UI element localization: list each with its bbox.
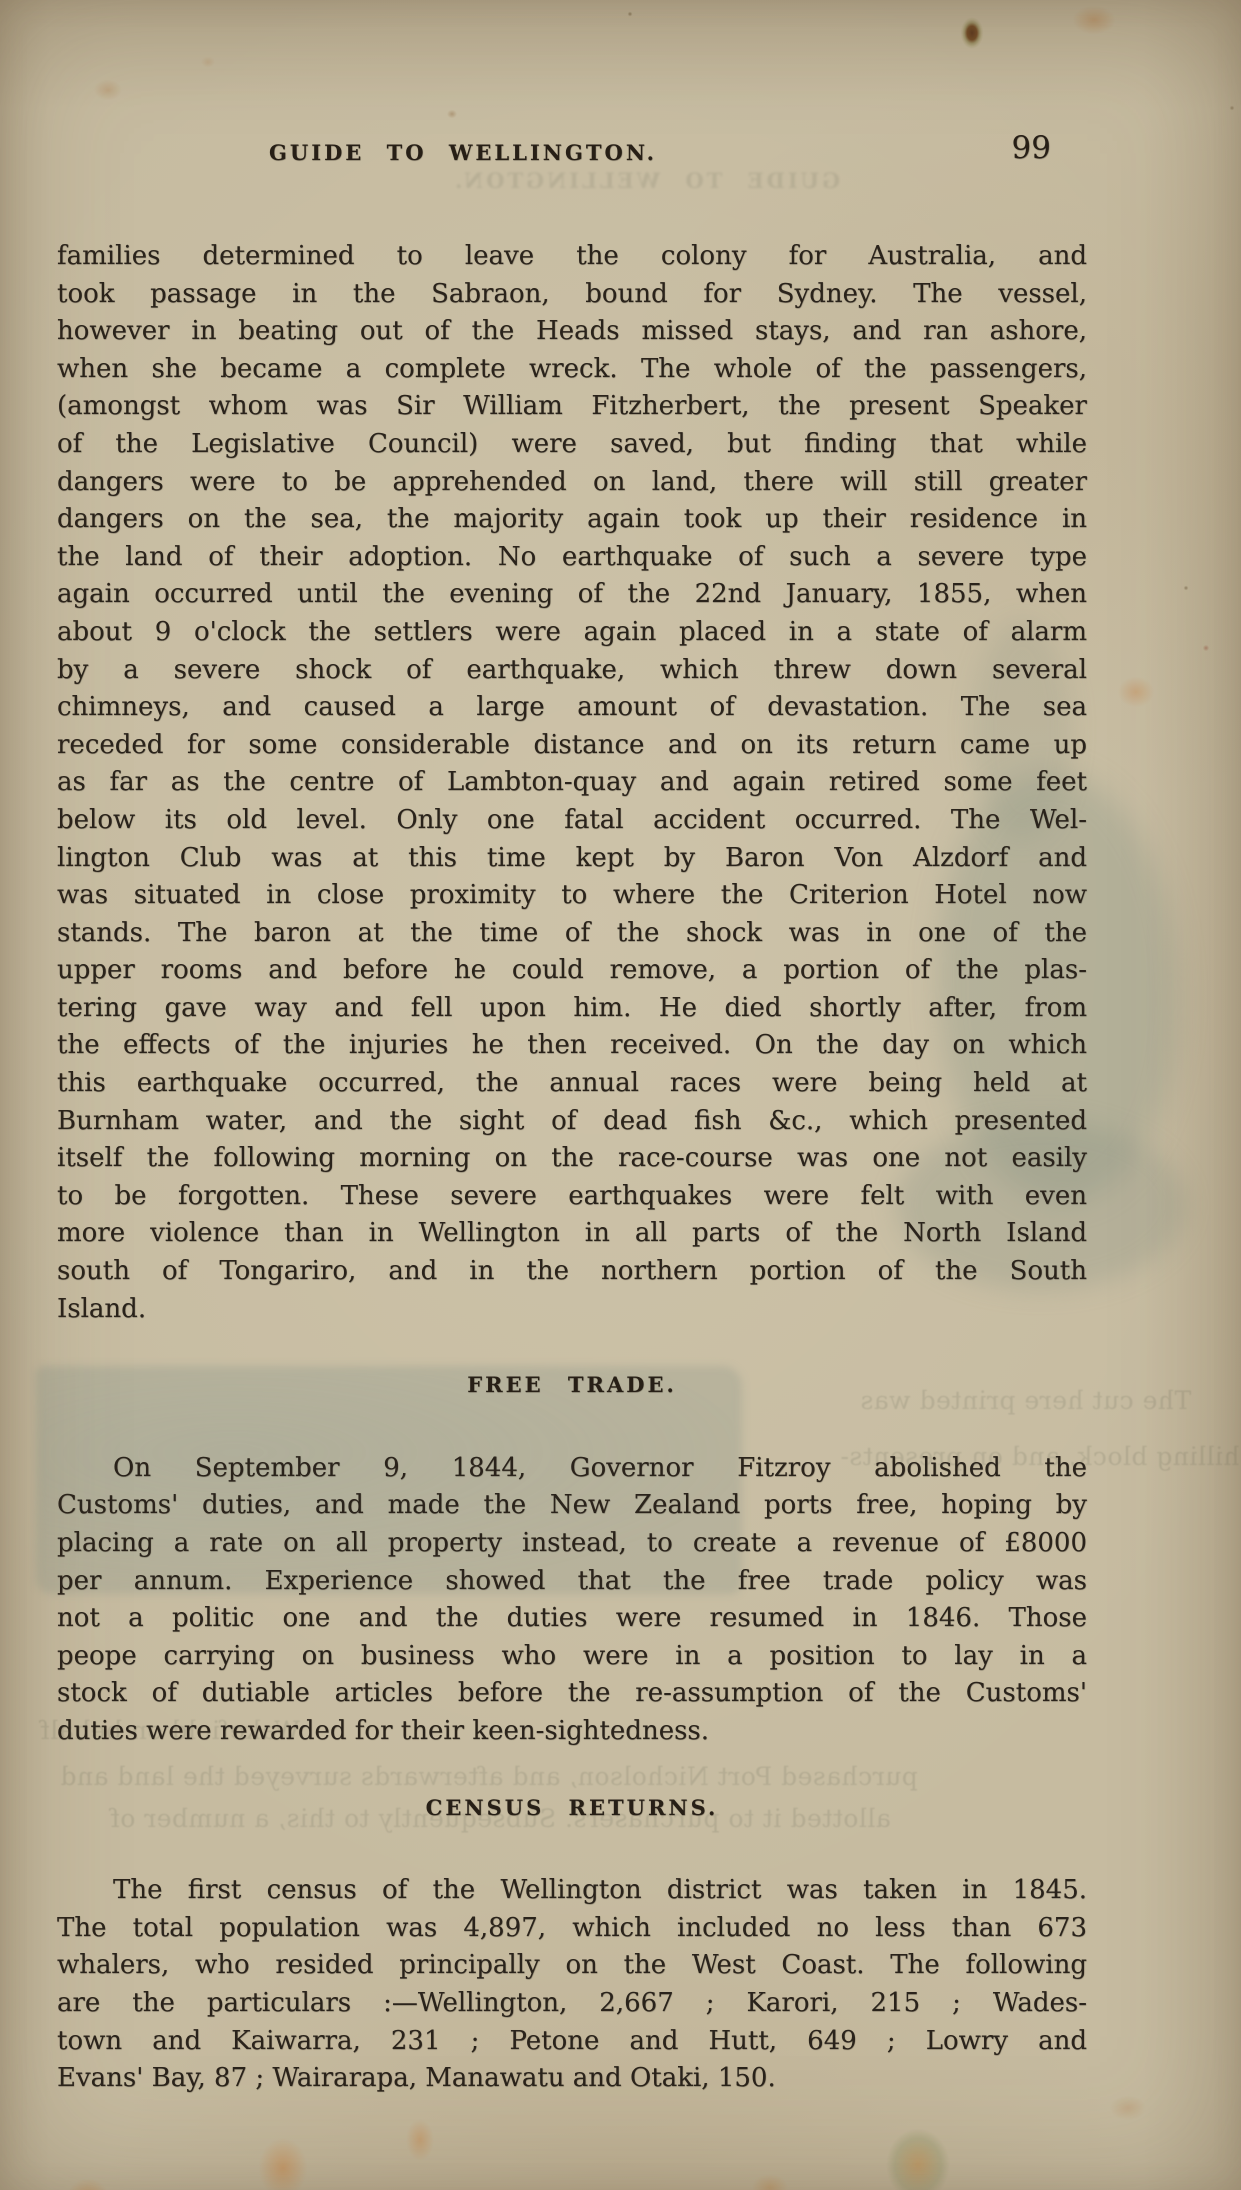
text-line: upper rooms and before he could remove, … <box>57 952 1087 990</box>
text-line: Evans' Bay, 87 ; Wairarapa, Manawatu and… <box>57 2060 1087 2098</box>
text-line: south of Tongariro, and in the northern … <box>57 1253 1087 1291</box>
text-line: Island. <box>57 1291 1087 1329</box>
text-line: stands. The baron at the time of the sho… <box>57 915 1087 953</box>
running-header: GUIDE TO WELLINGTON. 99 <box>57 0 1087 174</box>
paragraph: families determined to leave the colony … <box>57 238 1087 1328</box>
text-line: by a severe shock of earthquake, which t… <box>57 652 1087 690</box>
text-line: took passage in the Sabraon, bound for S… <box>57 276 1087 314</box>
section-heading-free-trade: FREE TRADE. <box>57 1366 1087 1404</box>
running-title: GUIDE TO WELLINGTON. <box>269 140 657 165</box>
text-line: chimneys, and caused a large amount of d… <box>57 689 1087 727</box>
text-line: stock of dutiable articles before the re… <box>57 1675 1087 1713</box>
text-line: the effects of the injuries he then rece… <box>57 1027 1087 1065</box>
paragraph: On September 9, 1844, Governor Fitzroy a… <box>57 1450 1087 1751</box>
text-line: lington Club was at this time kept by Ba… <box>57 840 1087 878</box>
text-line: as far as the centre of Lambton-quay and… <box>57 764 1087 802</box>
text-line: The total population was 4,897, which in… <box>57 1910 1087 1948</box>
text-block: GUIDE TO WELLINGTON. 99 families determi… <box>57 0 1087 2098</box>
text-line: Burnham water, and the sight of dead fis… <box>57 1103 1087 1141</box>
text-line: Customs' duties, and made the New Zealan… <box>57 1487 1087 1525</box>
text-line: placing a rate on all property instead, … <box>57 1525 1087 1563</box>
section-heading-census-returns: CENSUS RETURNS. <box>57 1789 1087 1827</box>
text-line: per annum. Experience showed that the fr… <box>57 1563 1087 1601</box>
text-line: receded for some considerable distance a… <box>57 727 1087 765</box>
text-line: of the Legislative Council) were saved, … <box>57 426 1087 464</box>
text-line: this earthquake occurred, the annual rac… <box>57 1065 1087 1103</box>
text-line: tering gave way and fell upon him. He di… <box>57 990 1087 1028</box>
text-line: when she became a complete wreck. The wh… <box>57 351 1087 389</box>
page-number: 99 <box>1012 130 1051 166</box>
text-line: the land of their adoption. No earthquak… <box>57 539 1087 577</box>
text-line: whalers, who resided principally on the … <box>57 1947 1087 1985</box>
text-line: not a politic one and the duties were re… <box>57 1600 1087 1638</box>
text-line: The first census of the Wellington distr… <box>57 1872 1087 1910</box>
paragraph: The first census of the Wellington distr… <box>57 1872 1087 2098</box>
text-line: was situated in close proximity to where… <box>57 877 1087 915</box>
text-line: On September 9, 1844, Governor Fitzroy a… <box>57 1450 1087 1488</box>
text-line: (amongst whom was Sir William Fitzherber… <box>57 388 1087 426</box>
text-line: again occurred until the evening of the … <box>57 576 1087 614</box>
text-line: peope carrying on business who were in a… <box>57 1638 1087 1676</box>
text-line: are the particulars :—Wellington, 2,667 … <box>57 1985 1087 2023</box>
text-line: dangers were to be apprehended on land, … <box>57 464 1087 502</box>
text-line: duties were rewarded for their keen-sigh… <box>57 1713 1087 1751</box>
text-line: to be forgotten. These severe earthquake… <box>57 1178 1087 1216</box>
scanned-book-page: GUIDE TO WELLINGTON. The cut here printe… <box>0 0 1241 2190</box>
page-body: families determined to leave the colony … <box>57 238 1087 2098</box>
text-line: families determined to leave the colony … <box>57 238 1087 276</box>
text-line: about 9 o'clock the settlers were again … <box>57 614 1087 652</box>
text-line: however in beating out of the Heads miss… <box>57 313 1087 351</box>
text-line: town and Kaiwarra, 231 ; Petone and Hutt… <box>57 2023 1087 2061</box>
text-line: below its old level. Only one fatal acci… <box>57 802 1087 840</box>
text-line: more violence than in Wellington in all … <box>57 1215 1087 1253</box>
text-line: itself the following morning on the race… <box>57 1140 1087 1178</box>
text-line: dangers on the sea, the majority again t… <box>57 501 1087 539</box>
